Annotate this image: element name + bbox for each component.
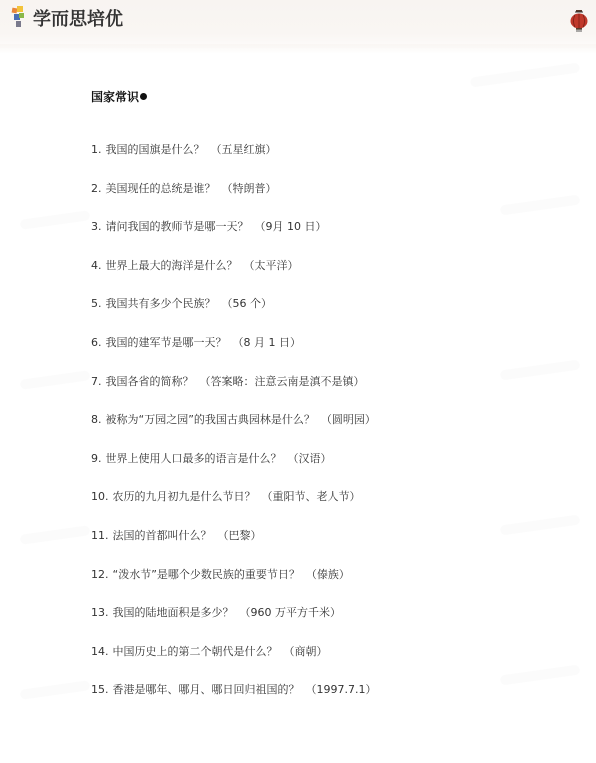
question-text: 美国现任的总统是谁？ xyxy=(106,182,216,195)
list-item: 14.中国历史上的第二个朝代是什么？（商朝） xyxy=(91,645,376,684)
list-item: 10.农历的九月初九是什么节日？（重阳节、老人节） xyxy=(91,490,376,529)
answer-text: （圆明园） xyxy=(321,413,376,426)
item-number: 5. xyxy=(91,297,102,310)
item-number: 15. xyxy=(91,683,109,696)
answer-text: （五星红旗） xyxy=(211,143,277,156)
answer-text: （答案略：注意云南是滇不是镇） xyxy=(200,375,365,388)
question-text: 被称为“万园之园”的我国古典园林是什么？ xyxy=(106,413,315,426)
list-item: 3.请问我国的教师节是哪一天？（9月 10 日） xyxy=(91,220,376,259)
list-item: 7.我国各省的简称？（答案略：注意云南是滇不是镇） xyxy=(91,375,376,414)
question-text: 我国各省的简称？ xyxy=(106,375,194,388)
watermark xyxy=(20,525,91,545)
list-item: 8.被称为“万园之园”的我国古典园林是什么？（圆明园） xyxy=(91,413,376,452)
answer-text: （960 万平方千米） xyxy=(240,606,342,619)
brand-name: 学而思培优 xyxy=(33,5,123,31)
item-number: 13. xyxy=(91,606,109,619)
item-number: 11. xyxy=(91,529,109,542)
watermark xyxy=(500,664,581,685)
watermark xyxy=(500,514,581,535)
list-item: 6.我国的建军节是哪一天？（8 月 1 日） xyxy=(91,336,376,375)
red-lantern-icon xyxy=(569,10,589,32)
list-item: 9.世界上使用人口最多的语言是什么？（汉语） xyxy=(91,452,376,491)
question-text: 我国的陆地面积是多少？ xyxy=(113,606,234,619)
item-number: 10. xyxy=(91,490,109,503)
page-header: 学而思培优 xyxy=(0,0,596,48)
item-number: 1. xyxy=(91,143,102,156)
list-item: 11.法国的首都叫什么？（巴黎） xyxy=(91,529,376,568)
item-number: 2. xyxy=(91,182,102,195)
answer-text: （8 月 1 日） xyxy=(233,336,302,349)
watermark xyxy=(470,62,580,87)
question-text: 世界上最大的海洋是什么？ xyxy=(106,259,238,272)
question-text: 法国的首都叫什么？ xyxy=(113,529,212,542)
item-number: 8. xyxy=(91,413,102,426)
answer-text: （特朗普） xyxy=(222,182,277,195)
watermark xyxy=(500,194,581,215)
item-number: 7. xyxy=(91,375,102,388)
list-item: 12.“泼水节”是哪个少数民族的重要节日？（傣族） xyxy=(91,568,376,607)
list-item: 13.我国的陆地面积是多少？（960 万平方千米） xyxy=(91,606,376,645)
question-text: 请问我国的教师节是哪一天？ xyxy=(106,220,249,233)
question-text: 世界上使用人口最多的语言是什么？ xyxy=(106,452,282,465)
question-text: “泼水节”是哪个少数民族的重要节日？ xyxy=(113,568,300,581)
qa-list: 1.我国的国旗是什么？（五星红旗） 2.美国现任的总统是谁？（特朗普） 3.请问… xyxy=(91,143,376,722)
answer-text: （重阳节、老人节） xyxy=(262,490,361,503)
answer-text: （商朝） xyxy=(284,645,328,658)
item-number: 3. xyxy=(91,220,102,233)
watermark xyxy=(20,210,91,230)
question-text: 我国的建军节是哪一天？ xyxy=(106,336,227,349)
watermark xyxy=(20,370,91,390)
brand-logo: 学而思培优 xyxy=(10,5,123,31)
watermark xyxy=(20,680,91,700)
item-number: 6. xyxy=(91,336,102,349)
question-text: 香港是哪年、哪月、哪日回归祖国的？ xyxy=(113,683,300,696)
answer-text: （9月 10 日） xyxy=(255,220,327,233)
list-item: 4.世界上最大的海洋是什么？（太平洋） xyxy=(91,259,376,298)
bullet-dot-icon xyxy=(140,93,147,100)
list-item: 1.我国的国旗是什么？（五星红旗） xyxy=(91,143,376,182)
item-number: 4. xyxy=(91,259,102,272)
answer-text: （汉语） xyxy=(288,452,332,465)
item-number: 14. xyxy=(91,645,109,658)
list-item: 15.香港是哪年、哪月、哪日回归祖国的？（1997.7.1） xyxy=(91,683,376,722)
question-text: 我国共有多少个民族？ xyxy=(106,297,216,310)
answer-text: （太平洋） xyxy=(244,259,299,272)
item-number: 9. xyxy=(91,452,102,465)
answer-text: （傣族） xyxy=(306,568,350,581)
question-text: 中国历史上的第二个朝代是什么？ xyxy=(113,645,278,658)
item-number: 12. xyxy=(91,568,109,581)
watermark xyxy=(500,359,581,380)
answer-text: （巴黎） xyxy=(218,529,262,542)
answer-text: （56 个） xyxy=(222,297,273,310)
list-item: 2.美国现任的总统是谁？（特朗普） xyxy=(91,182,376,221)
question-text: 农历的九月初九是什么节日？ xyxy=(113,490,256,503)
colorful-blocks-logo-icon xyxy=(10,5,28,31)
list-item: 5.我国共有多少个民族？（56 个） xyxy=(91,297,376,336)
document-title: 国家常识 xyxy=(91,88,147,105)
question-text: 我国的国旗是什么？ xyxy=(106,143,205,156)
title-text: 国家常识 xyxy=(91,90,139,104)
answer-text: （1997.7.1） xyxy=(306,683,377,696)
